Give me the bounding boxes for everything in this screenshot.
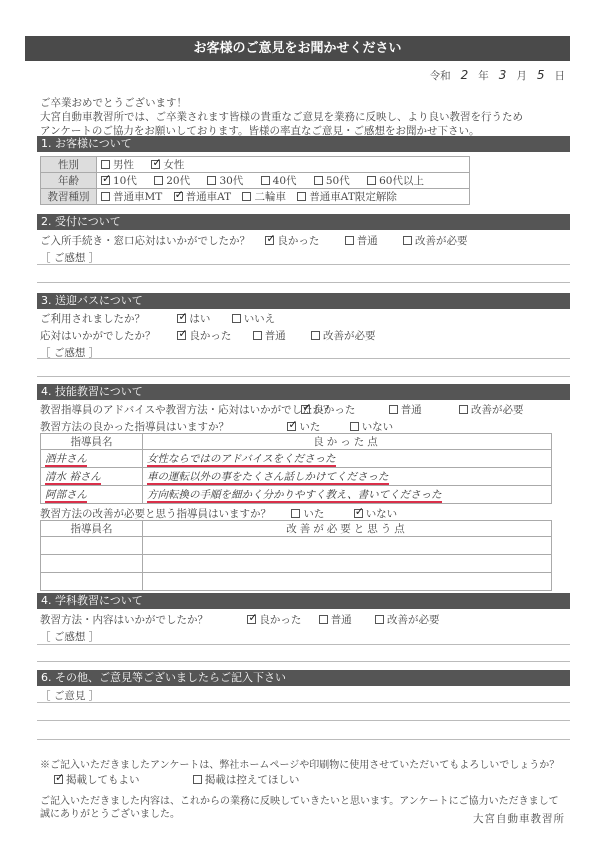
good-point-cell[interactable]: 車の運転以外の事をたくさん話しかけてくださった xyxy=(143,468,552,486)
checkbox-icon[interactable] xyxy=(311,331,320,340)
good-point-text: 女性ならではのアドバイスをくださった xyxy=(147,453,336,467)
option-label: 20代 xyxy=(166,175,190,187)
checkbox-icon[interactable] xyxy=(345,236,354,245)
good-instructor-table: 指導員名 良かった点 酒井さん 女性ならではのアドバイスをくださった 清水 裕さ… xyxy=(40,433,552,504)
improvement-instructor-table: 指導員名 改善が必要と思う点 xyxy=(40,520,552,591)
option-yes[interactable]: いた xyxy=(291,506,324,521)
checkbox-icon[interactable] xyxy=(297,192,306,201)
improvement-point-cell[interactable] xyxy=(143,555,552,573)
checkbox-checked-icon[interactable] xyxy=(177,314,186,323)
option-needs-improvement[interactable]: 改善が必要 xyxy=(403,233,468,248)
signature: 大宮自動車教習所 xyxy=(473,811,565,826)
option-label: いいえ xyxy=(244,313,276,325)
question-text: 教習指導員のアドバイスや教習方法・応対はいかがでしたか？ xyxy=(40,402,298,417)
comment-line[interactable] xyxy=(37,702,570,703)
option-male[interactable]: 男性 xyxy=(101,157,134,172)
checkbox-checked-icon[interactable] xyxy=(177,331,186,340)
good-point-text: 車の運転以外の事をたくさん話しかけてくださった xyxy=(147,471,389,485)
checkbox-icon[interactable] xyxy=(253,331,262,340)
question-text: 応対はいかがでしたか？ xyxy=(40,328,174,343)
label-course-type: 教習種別 xyxy=(41,189,97,205)
option-no[interactable]: いいえ xyxy=(232,311,276,326)
option-needs-improvement[interactable]: 改善が必要 xyxy=(375,612,440,627)
option-label: 良かった xyxy=(189,330,231,342)
classroom-question-row: 教習方法・内容はいかがでしたか？ 良かった 普通 改善が必要 xyxy=(40,612,454,627)
checkbox-icon[interactable] xyxy=(314,176,323,185)
practical-q3-row: 教習方法の改善が必要と思う指導員はいますか？ いた いない xyxy=(40,506,411,521)
option-good[interactable]: 良かった xyxy=(265,233,319,248)
option-60s-plus[interactable]: 60代以上 xyxy=(367,173,424,188)
customer-info-table: 性別 男性 女性 年齢 10代 20代 30代 40代 50代 60代以上 教習… xyxy=(40,156,470,205)
option-label: 普通 xyxy=(265,330,286,342)
section-heading-classroom: 4. 学科教習について xyxy=(37,593,570,609)
option-average[interactable]: 普通 xyxy=(253,328,286,343)
date-era: 令和 xyxy=(430,68,451,83)
permission-options: 掲載してもよい 掲載は控えてほしい xyxy=(54,772,313,787)
intro-line: 大宮自動車教習所では、ご卒業されます皆様の貴重なご意見を業務に反映し、より良い教… xyxy=(40,110,523,124)
section-heading-customer: 1. お客様について xyxy=(37,136,570,152)
section-heading-reception: 2. 受付について xyxy=(37,214,570,230)
date-month[interactable]: 3 xyxy=(499,68,507,82)
option-label: いた xyxy=(299,421,320,433)
date-year[interactable]: 2 xyxy=(461,68,469,82)
bus-service-row: 応対はいかがでしたか？ 良かった 普通 改善が必要 xyxy=(40,328,390,343)
instructor-name: 酒井さん xyxy=(45,453,87,467)
permission-question: ※ご記入いただきましたアンケートは、弊社ホームページや印刷物に使用させていただい… xyxy=(40,756,559,771)
table-row: 阿部さん 方向転換の手順を細かく分かりやすく教え、書いてくださった xyxy=(41,486,552,504)
improvement-point-cell[interactable] xyxy=(143,573,552,591)
date: 令和 2 年 3 月 5 日 xyxy=(430,68,565,83)
checkbox-icon[interactable] xyxy=(101,192,110,201)
table-row xyxy=(41,537,552,555)
checkbox-icon[interactable] xyxy=(291,509,300,518)
instructor-name-cell[interactable] xyxy=(41,555,143,573)
age-options: 10代 20代 30代 40代 50代 60代以上 xyxy=(97,173,470,189)
option-allow-publish[interactable]: 掲載してもよい xyxy=(54,772,140,787)
instructor-name: 阿部さん xyxy=(45,489,87,503)
option-label: 普通車MT xyxy=(113,191,162,203)
instructor-name-cell[interactable]: 清水 裕さん xyxy=(41,468,143,486)
intro-text: ご卒業おめでとうございます！ 大宮自動車教習所では、ご卒業されます皆様の貴重なご… xyxy=(40,96,523,138)
option-label: 女性 xyxy=(163,159,184,171)
option-40s[interactable]: 40代 xyxy=(261,173,297,188)
checkbox-icon[interactable] xyxy=(367,176,376,185)
checkbox-icon[interactable] xyxy=(375,615,384,624)
option-10s[interactable]: 10代 xyxy=(101,173,137,188)
intro-line: ご卒業おめでとうございます！ xyxy=(40,96,523,110)
option-label: 40代 xyxy=(273,175,297,187)
option-label: 掲載してもよい xyxy=(66,774,140,786)
option-label: 50代 xyxy=(326,175,350,187)
column-header-improvement-points: 改善が必要と思う点 xyxy=(143,521,552,537)
comment-line[interactable] xyxy=(37,720,570,721)
option-no[interactable]: いない xyxy=(350,419,394,434)
checkbox-icon[interactable] xyxy=(154,176,163,185)
option-female[interactable]: 女性 xyxy=(151,157,184,172)
practical-q2-row: 教習方法の良かった指導員はいますか？ いた いない xyxy=(40,419,407,434)
option-at[interactable]: 普通車AT xyxy=(174,189,232,204)
option-label: 掲載は控えてほしい xyxy=(205,774,300,786)
option-average[interactable]: 普通 xyxy=(389,402,422,417)
option-label: 30代 xyxy=(219,175,243,187)
option-label: いた xyxy=(303,508,324,520)
option-label: 普通 xyxy=(357,235,378,247)
label-gender: 性別 xyxy=(41,157,97,173)
comment-label: ［ ご感想 ］ xyxy=(40,629,99,644)
option-at-limit-release[interactable]: 普通車AT限定解除 xyxy=(297,189,397,204)
question-text: 教習方法の良かった指導員はいますか？ xyxy=(40,419,284,434)
date-year-unit: 年 xyxy=(478,68,489,83)
instructor-name: 清水 裕さん xyxy=(45,471,101,485)
checkbox-icon[interactable] xyxy=(389,405,398,414)
option-30s[interactable]: 30代 xyxy=(207,173,243,188)
comment-label: ［ ご感想 ］ xyxy=(40,250,99,265)
comment-line[interactable] xyxy=(37,264,570,265)
instructor-name-cell[interactable] xyxy=(41,573,143,591)
good-point-cell[interactable]: 方向転換の手順を細かく分かりやすく教え、書いてくださった xyxy=(143,486,552,504)
option-label: 改善が必要 xyxy=(471,404,524,416)
section-heading-bus: 3. 送迎バスについて xyxy=(37,293,570,309)
option-label: 二輪車 xyxy=(254,191,286,203)
date-day-unit: 日 xyxy=(555,68,566,83)
question-text: ご入所手続き・窓口応対はいかがでしたか？ xyxy=(40,233,262,248)
date-month-unit: 月 xyxy=(516,68,527,83)
section-heading-other: 6. その他、ご意見等ございましたらご記入下さい xyxy=(37,670,570,686)
option-label: 普通車AT xyxy=(186,191,232,203)
gender-options: 男性 女性 xyxy=(97,157,470,173)
option-average[interactable]: 普通 xyxy=(319,612,352,627)
table-row xyxy=(41,573,552,591)
checkbox-checked-icon[interactable] xyxy=(354,509,363,518)
option-average[interactable]: 普通 xyxy=(345,233,378,248)
option-50s[interactable]: 50代 xyxy=(314,173,350,188)
checkbox-icon[interactable] xyxy=(403,236,412,245)
option-label: 普通 xyxy=(331,614,352,626)
option-label: いない xyxy=(362,421,394,433)
option-label: いない xyxy=(366,508,398,520)
instructor-name-cell[interactable]: 酒井さん xyxy=(41,450,143,468)
checkbox-icon[interactable] xyxy=(207,176,216,185)
checkbox-icon[interactable] xyxy=(101,160,110,169)
checkbox-icon[interactable] xyxy=(350,422,359,431)
option-mt[interactable]: 普通車MT xyxy=(101,189,162,204)
comment-line[interactable] xyxy=(37,661,570,662)
checkbox-icon[interactable] xyxy=(193,775,202,784)
question-text: ご利用されましたか？ xyxy=(40,311,174,326)
checkbox-icon[interactable] xyxy=(232,314,241,323)
checkbox-checked-icon[interactable] xyxy=(54,775,63,784)
comment-line[interactable] xyxy=(37,282,570,283)
comment-label: ［ ご意見 ］ xyxy=(40,688,99,703)
table-row: 酒井さん 女性ならではのアドバイスをくださった xyxy=(41,450,552,468)
option-20s[interactable]: 20代 xyxy=(154,173,190,188)
option-yes[interactable]: いた xyxy=(287,419,320,434)
section-heading-practical: 4. 技能教習について xyxy=(37,384,570,400)
checkbox-checked-icon[interactable] xyxy=(247,615,256,624)
option-label: 改善が必要 xyxy=(415,235,468,247)
table-row: 清水 裕さん 車の運転以外の事をたくさん話しかけてくださった xyxy=(41,468,552,486)
label-age: 年齢 xyxy=(41,173,97,189)
column-header-instructor: 指導員名 xyxy=(41,521,143,537)
question-text: 教習方法の改善が必要と思う指導員はいますか？ xyxy=(40,506,288,521)
option-label: 良かった xyxy=(277,235,319,247)
comment-line[interactable] xyxy=(37,644,570,645)
checkbox-icon[interactable] xyxy=(459,405,468,414)
option-needs-improvement[interactable]: 改善が必要 xyxy=(459,402,524,417)
checkbox-checked-icon[interactable] xyxy=(151,160,160,169)
checkbox-checked-icon[interactable] xyxy=(287,422,296,431)
option-good[interactable]: 良かった xyxy=(177,328,231,343)
option-label: 普通 xyxy=(401,404,422,416)
course-options: 普通車MT 普通車AT 二輪車 普通車AT限定解除 xyxy=(97,189,470,205)
checkbox-checked-icon[interactable] xyxy=(174,192,183,201)
good-point-text: 方向転換の手順を細かく分かりやすく教え、書いてくださった xyxy=(147,489,442,503)
comment-line[interactable] xyxy=(37,739,570,740)
option-no[interactable]: いない xyxy=(354,506,398,521)
option-label: 10代 xyxy=(113,175,137,187)
option-yes[interactable]: はい xyxy=(177,311,210,326)
option-decline-publish[interactable]: 掲載は控えてほしい xyxy=(193,772,300,787)
option-label: 普通車AT限定解除 xyxy=(309,191,397,203)
checkbox-checked-icon[interactable] xyxy=(101,176,110,185)
option-label: 良かった xyxy=(259,614,301,626)
option-good[interactable]: 良かった xyxy=(301,402,355,417)
checkbox-checked-icon[interactable] xyxy=(301,405,310,414)
thanks-line: ご記入いただきました内容は、これからの業務に反映していきたいと思います。アンケー… xyxy=(40,795,559,808)
improvement-point-cell[interactable] xyxy=(143,537,552,555)
checkbox-checked-icon[interactable] xyxy=(265,236,274,245)
option-motorcycle[interactable]: 二輪車 xyxy=(242,189,286,204)
checkbox-icon[interactable] xyxy=(242,192,251,201)
bus-use-row: ご利用されましたか？ はい いいえ xyxy=(40,311,289,326)
date-day[interactable]: 5 xyxy=(537,68,545,82)
option-label: はい xyxy=(189,313,210,325)
option-label: 良かった xyxy=(313,404,355,416)
practical-q1-row: 教習指導員のアドバイスや教習方法・応対はいかがでしたか？ 良かった 普通 改善が… xyxy=(40,402,538,417)
checkbox-icon[interactable] xyxy=(261,176,270,185)
column-header-good-points: 良かった点 xyxy=(143,434,552,450)
comment-line[interactable] xyxy=(37,376,570,377)
option-label: 男性 xyxy=(113,159,134,171)
reception-question-row: ご入所手続き・窓口応対はいかがでしたか？ 良かった 普通 改善が必要 xyxy=(40,233,482,248)
option-label: 改善が必要 xyxy=(387,614,440,626)
table-row xyxy=(41,555,552,573)
comment-line[interactable] xyxy=(37,358,570,359)
option-label: 改善が必要 xyxy=(323,330,376,342)
column-header-instructor: 指導員名 xyxy=(41,434,143,450)
option-needs-improvement[interactable]: 改善が必要 xyxy=(311,328,376,343)
checkbox-icon[interactable] xyxy=(319,615,328,624)
instructor-name-cell[interactable] xyxy=(41,537,143,555)
page-title: お客様のご意見をお聞かせください xyxy=(25,36,570,61)
option-good[interactable]: 良かった xyxy=(247,612,301,627)
option-label: 60代以上 xyxy=(379,175,424,187)
instructor-name-cell[interactable]: 阿部さん xyxy=(41,486,143,504)
question-text: 教習方法・内容はいかがでしたか？ xyxy=(40,612,244,627)
good-point-cell[interactable]: 女性ならではのアドバイスをくださった xyxy=(143,450,552,468)
